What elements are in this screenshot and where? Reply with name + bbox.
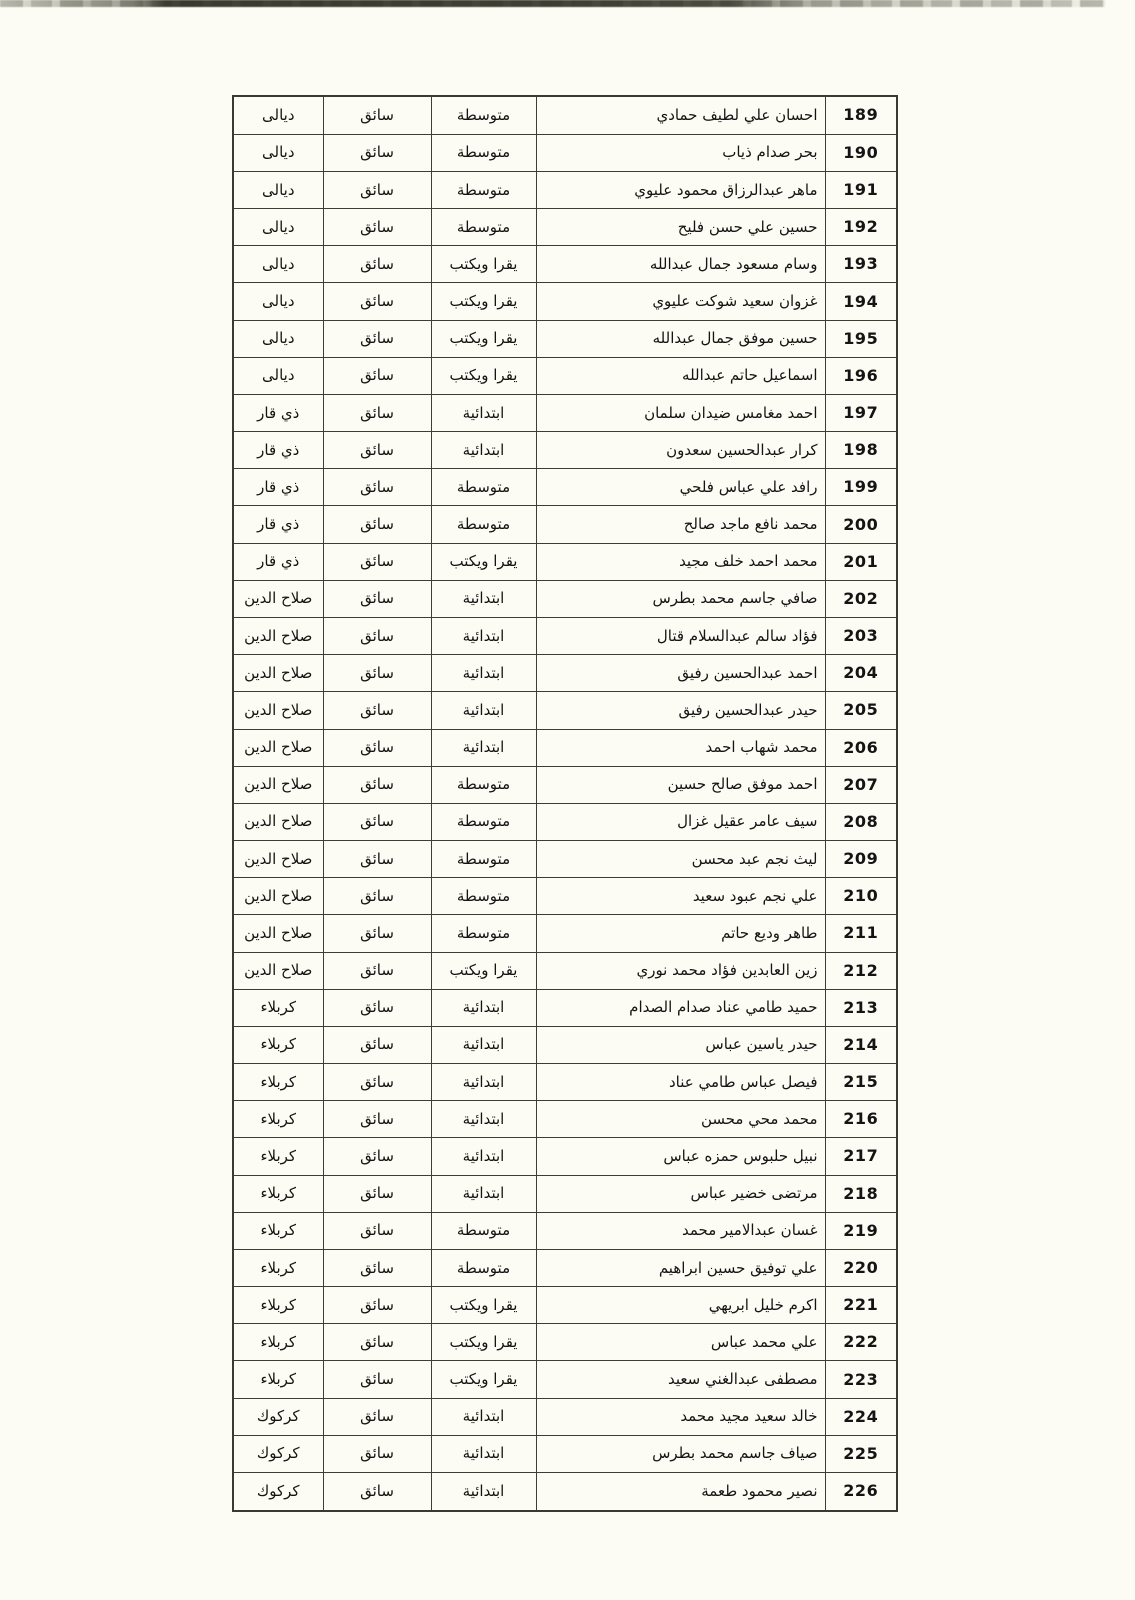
name-cell: نبيل حلبوس حمزه عباس: [536, 1138, 825, 1175]
occupation-cell: سائق: [323, 1026, 431, 1063]
governorate-cell: صلاح الدين: [233, 618, 323, 655]
education-cell: ابتدائية: [431, 989, 536, 1026]
governorate-cell: ديالى: [233, 209, 323, 246]
table-row: 200محمد نافع ماجد صالحمتوسطةسائقذي قار: [233, 506, 897, 543]
row-number-cell: 223: [825, 1361, 897, 1398]
table-row: 192حسين علي حسن فليحمتوسطةسائقديالى: [233, 209, 897, 246]
governorate-cell: كربلاء: [233, 1138, 323, 1175]
occupation-cell: سائق: [323, 618, 431, 655]
education-cell: يقرا ويكتب: [431, 1287, 536, 1324]
governorate-cell: ديالى: [233, 171, 323, 208]
table-row: 204احمد عبدالحسين رفيقابتدائيةسائقصلاح ا…: [233, 655, 897, 692]
governorate-cell: كركوك: [233, 1472, 323, 1511]
name-cell: سيف عامر عقيل غزال: [536, 803, 825, 840]
row-number-cell: 198: [825, 432, 897, 469]
governorate-cell: كركوك: [233, 1435, 323, 1472]
name-cell: حيدر عبدالحسين رفيق: [536, 692, 825, 729]
row-number-cell: 206: [825, 729, 897, 766]
name-cell: مصطفى عبدالغني سعيد: [536, 1361, 825, 1398]
table-row: 205حيدر عبدالحسين رفيقابتدائيةسائقصلاح ا…: [233, 692, 897, 729]
table-body: 189احسان علي لطيف حماديمتوسطةسائقديالى19…: [233, 96, 897, 1511]
occupation-cell: سائق: [323, 915, 431, 952]
name-cell: محمد نافع ماجد صالح: [536, 506, 825, 543]
name-cell: محمد شهاب احمد: [536, 729, 825, 766]
row-number-cell: 203: [825, 618, 897, 655]
table-row: 210علي نجم عبود سعيدمتوسطةسائقصلاح الدين: [233, 878, 897, 915]
row-number-cell: 215: [825, 1064, 897, 1101]
occupation-cell: سائق: [323, 580, 431, 617]
table-row: 208سيف عامر عقيل غزالمتوسطةسائقصلاح الدي…: [233, 803, 897, 840]
table-row: 224خالد سعيد مجيد محمدابتدائيةسائقكركوك: [233, 1398, 897, 1435]
governorate-cell: ديالى: [233, 134, 323, 171]
governorate-cell: كربلاء: [233, 1287, 323, 1324]
education-cell: ابتدائية: [431, 655, 536, 692]
table-row: 201محمد احمد خلف مجيديقرا ويكتبسائقذي قا…: [233, 543, 897, 580]
education-cell: متوسطة: [431, 134, 536, 171]
governorate-cell: كربلاء: [233, 1249, 323, 1286]
education-cell: متوسطة: [431, 96, 536, 134]
name-cell: طاهر وديع حاتم: [536, 915, 825, 952]
education-cell: يقرا ويكتب: [431, 543, 536, 580]
row-number-cell: 196: [825, 357, 897, 394]
table-row: 195حسين موفق جمال عبداللهيقرا ويكتبسائقد…: [233, 320, 897, 357]
table-row: 198كرار عبدالحسين سعدونابتدائيةسائقذي قا…: [233, 432, 897, 469]
education-cell: متوسطة: [431, 171, 536, 208]
education-cell: متوسطة: [431, 878, 536, 915]
row-number-cell: 226: [825, 1472, 897, 1511]
occupation-cell: سائق: [323, 543, 431, 580]
table-row: 222علي محمد عباسيقرا ويكتبسائقكربلاء: [233, 1324, 897, 1361]
occupation-cell: سائق: [323, 506, 431, 543]
education-cell: يقرا ويكتب: [431, 357, 536, 394]
occupation-cell: سائق: [323, 841, 431, 878]
row-number-cell: 221: [825, 1287, 897, 1324]
governorate-cell: صلاح الدين: [233, 580, 323, 617]
name-cell: وسام مسعود جمال عبدالله: [536, 246, 825, 283]
row-number-cell: 194: [825, 283, 897, 320]
education-cell: يقرا ويكتب: [431, 952, 536, 989]
occupation-cell: سائق: [323, 729, 431, 766]
occupation-cell: سائق: [323, 357, 431, 394]
row-number-cell: 205: [825, 692, 897, 729]
table-row: 202صافي جاسم محمد بطرسابتدائيةسائقصلاح ا…: [233, 580, 897, 617]
row-number-cell: 218: [825, 1175, 897, 1212]
governorate-cell: كربلاء: [233, 1026, 323, 1063]
row-number-cell: 216: [825, 1101, 897, 1138]
education-cell: ابتدائية: [431, 1435, 536, 1472]
table-row: 218مرتضى خضير عباسابتدائيةسائقكربلاء: [233, 1175, 897, 1212]
name-cell: كرار عبدالحسين سعدون: [536, 432, 825, 469]
education-cell: متوسطة: [431, 469, 536, 506]
education-cell: متوسطة: [431, 506, 536, 543]
education-cell: يقرا ويكتب: [431, 283, 536, 320]
row-number-cell: 202: [825, 580, 897, 617]
table-row: 193وسام مسعود جمال عبداللهيقرا ويكتبسائق…: [233, 246, 897, 283]
occupation-cell: سائق: [323, 655, 431, 692]
name-cell: اكرم خليل ابريهي: [536, 1287, 825, 1324]
occupation-cell: سائق: [323, 692, 431, 729]
education-cell: يقرا ويكتب: [431, 246, 536, 283]
occupation-cell: سائق: [323, 320, 431, 357]
name-cell: علي نجم عبود سعيد: [536, 878, 825, 915]
education-cell: ابتدائية: [431, 580, 536, 617]
education-cell: ابتدائية: [431, 1026, 536, 1063]
governorate-cell: صلاح الدين: [233, 803, 323, 840]
occupation-cell: سائق: [323, 283, 431, 320]
occupation-cell: سائق: [323, 1361, 431, 1398]
governorate-cell: صلاح الدين: [233, 655, 323, 692]
name-cell: خالد سعيد مجيد محمد: [536, 1398, 825, 1435]
education-cell: متوسطة: [431, 1212, 536, 1249]
row-number-cell: 190: [825, 134, 897, 171]
name-cell: ماهر عبدالرزاق محمود عليوي: [536, 171, 825, 208]
row-number-cell: 195: [825, 320, 897, 357]
governorate-cell: كربلاء: [233, 1175, 323, 1212]
table-row: 191ماهر عبدالرزاق محمود عليويمتوسطةسائقد…: [233, 171, 897, 208]
name-cell: غسان عبدالامير محمد: [536, 1212, 825, 1249]
name-cell: محمد احمد خلف مجيد: [536, 543, 825, 580]
row-number-cell: 213: [825, 989, 897, 1026]
row-number-cell: 199: [825, 469, 897, 506]
name-cell: نصير محمود طعمة: [536, 1472, 825, 1511]
row-number-cell: 224: [825, 1398, 897, 1435]
name-cell: احمد موفق صالح حسين: [536, 766, 825, 803]
row-number-cell: 207: [825, 766, 897, 803]
name-cell: حميد طامي عناد صدام الصدام: [536, 989, 825, 1026]
education-cell: ابتدائية: [431, 394, 536, 431]
row-number-cell: 212: [825, 952, 897, 989]
governorate-cell: كركوك: [233, 1398, 323, 1435]
table-row: 215فيصل عباس طامي عنادابتدائيةسائقكربلاء: [233, 1064, 897, 1101]
row-number-cell: 222: [825, 1324, 897, 1361]
governorate-cell: ذي قار: [233, 394, 323, 431]
personnel-list-table: 189احسان علي لطيف حماديمتوسطةسائقديالى19…: [232, 95, 898, 1512]
education-cell: يقرا ويكتب: [431, 1324, 536, 1361]
row-number-cell: 219: [825, 1212, 897, 1249]
governorate-cell: ذي قار: [233, 543, 323, 580]
name-cell: محمد محي محسن: [536, 1101, 825, 1138]
governorate-cell: كربلاء: [233, 1212, 323, 1249]
governorate-cell: كربلاء: [233, 1064, 323, 1101]
scan-artifact-top-edge: [0, 0, 1105, 7]
name-cell: حيدر ياسين عباس: [536, 1026, 825, 1063]
table-row: 203فؤاد سالم عبدالسلام قتالابتدائيةسائقص…: [233, 618, 897, 655]
governorate-cell: كربلاء: [233, 1361, 323, 1398]
name-cell: حسين علي حسن فليح: [536, 209, 825, 246]
occupation-cell: سائق: [323, 171, 431, 208]
row-number-cell: 193: [825, 246, 897, 283]
occupation-cell: سائق: [323, 1064, 431, 1101]
governorate-cell: ديالى: [233, 96, 323, 134]
name-cell: فيصل عباس طامي عناد: [536, 1064, 825, 1101]
table-row: 221اكرم خليل ابريهييقرا ويكتبسائقكربلاء: [233, 1287, 897, 1324]
table-row: 194غزوان سعيد شوكت عليوييقرا ويكتبسائقدي…: [233, 283, 897, 320]
name-cell: علي توفيق حسين ابراهيم: [536, 1249, 825, 1286]
name-cell: صافي جاسم محمد بطرس: [536, 580, 825, 617]
table-row: 207احمد موفق صالح حسينمتوسطةسائقصلاح الد…: [233, 766, 897, 803]
name-cell: غزوان سعيد شوكت عليوي: [536, 283, 825, 320]
governorate-cell: كربلاء: [233, 1101, 323, 1138]
table-row: 223مصطفى عبدالغني سعيديقرا ويكتبسائقكربل…: [233, 1361, 897, 1398]
governorate-cell: ديالى: [233, 357, 323, 394]
education-cell: ابتدائية: [431, 1472, 536, 1511]
name-cell: حسين موفق جمال عبدالله: [536, 320, 825, 357]
governorate-cell: صلاح الدين: [233, 729, 323, 766]
name-cell: رافد علي عباس فلحي: [536, 469, 825, 506]
row-number-cell: 201: [825, 543, 897, 580]
table-row: 206محمد شهاب احمدابتدائيةسائقصلاح الدين: [233, 729, 897, 766]
governorate-cell: ديالى: [233, 320, 323, 357]
education-cell: ابتدائية: [431, 618, 536, 655]
governorate-cell: صلاح الدين: [233, 952, 323, 989]
occupation-cell: سائق: [323, 952, 431, 989]
education-cell: ابتدائية: [431, 1138, 536, 1175]
table-row: 211طاهر وديع حاتممتوسطةسائقصلاح الدين: [233, 915, 897, 952]
occupation-cell: سائق: [323, 1398, 431, 1435]
name-cell: احسان علي لطيف حمادي: [536, 96, 825, 134]
governorate-cell: ديالى: [233, 246, 323, 283]
education-cell: ابتدائية: [431, 1175, 536, 1212]
row-number-cell: 191: [825, 171, 897, 208]
governorate-cell: كربلاء: [233, 989, 323, 1026]
name-cell: زين العابدين فؤاد محمد نوري: [536, 952, 825, 989]
occupation-cell: سائق: [323, 803, 431, 840]
row-number-cell: 197: [825, 394, 897, 431]
occupation-cell: سائق: [323, 209, 431, 246]
table-row: 199رافد علي عباس فلحيمتوسطةسائقذي قار: [233, 469, 897, 506]
row-number-cell: 204: [825, 655, 897, 692]
occupation-cell: سائق: [323, 1249, 431, 1286]
table-row: 212زين العابدين فؤاد محمد نورييقرا ويكتب…: [233, 952, 897, 989]
row-number-cell: 225: [825, 1435, 897, 1472]
education-cell: يقرا ويكتب: [431, 1361, 536, 1398]
occupation-cell: سائق: [323, 1138, 431, 1175]
occupation-cell: سائق: [323, 1212, 431, 1249]
table-row: 189احسان علي لطيف حماديمتوسطةسائقديالى: [233, 96, 897, 134]
education-cell: ابتدائية: [431, 432, 536, 469]
table-row: 197احمد مغامس ضيدان سلمانابتدائيةسائقذي …: [233, 394, 897, 431]
education-cell: ابتدائية: [431, 1101, 536, 1138]
occupation-cell: سائق: [323, 1435, 431, 1472]
row-number-cell: 220: [825, 1249, 897, 1286]
governorate-cell: صلاح الدين: [233, 915, 323, 952]
occupation-cell: سائق: [323, 1472, 431, 1511]
occupation-cell: سائق: [323, 1324, 431, 1361]
name-cell: احمد مغامس ضيدان سلمان: [536, 394, 825, 431]
row-number-cell: 209: [825, 841, 897, 878]
education-cell: متوسطة: [431, 1249, 536, 1286]
name-cell: احمد عبدالحسين رفيق: [536, 655, 825, 692]
occupation-cell: سائق: [323, 432, 431, 469]
education-cell: ابتدائية: [431, 729, 536, 766]
education-cell: متوسطة: [431, 915, 536, 952]
name-cell: صياف جاسم محمد بطرس: [536, 1435, 825, 1472]
occupation-cell: سائق: [323, 878, 431, 915]
name-cell: علي محمد عباس: [536, 1324, 825, 1361]
table-row: 216محمد محي محسنابتدائيةسائقكربلاء: [233, 1101, 897, 1138]
governorate-cell: كربلاء: [233, 1324, 323, 1361]
table-row: 190بحر صدام ذيابمتوسطةسائقديالى: [233, 134, 897, 171]
table-row: 209ليث نجم عبد محسنمتوسطةسائقصلاح الدين: [233, 841, 897, 878]
row-number-cell: 211: [825, 915, 897, 952]
governorate-cell: صلاح الدين: [233, 692, 323, 729]
name-cell: بحر صدام ذياب: [536, 134, 825, 171]
table-row: 225صياف جاسم محمد بطرسابتدائيةسائقكركوك: [233, 1435, 897, 1472]
table-row: 214حيدر ياسين عباسابتدائيةسائقكربلاء: [233, 1026, 897, 1063]
occupation-cell: سائق: [323, 1287, 431, 1324]
education-cell: متوسطة: [431, 803, 536, 840]
table-row: 219غسان عبدالامير محمدمتوسطةسائقكربلاء: [233, 1212, 897, 1249]
governorate-cell: صلاح الدين: [233, 841, 323, 878]
occupation-cell: سائق: [323, 766, 431, 803]
row-number-cell: 210: [825, 878, 897, 915]
occupation-cell: سائق: [323, 469, 431, 506]
education-cell: ابتدائية: [431, 1064, 536, 1101]
occupation-cell: سائق: [323, 96, 431, 134]
row-number-cell: 200: [825, 506, 897, 543]
table-row: 196اسماعيل حاتم عبداللهيقرا ويكتبسائقديا…: [233, 357, 897, 394]
education-cell: متوسطة: [431, 841, 536, 878]
governorate-cell: ذي قار: [233, 469, 323, 506]
occupation-cell: سائق: [323, 989, 431, 1026]
education-cell: متوسطة: [431, 209, 536, 246]
occupation-cell: سائق: [323, 246, 431, 283]
row-number-cell: 192: [825, 209, 897, 246]
row-number-cell: 208: [825, 803, 897, 840]
governorate-cell: ديالى: [233, 283, 323, 320]
governorate-cell: ذي قار: [233, 432, 323, 469]
education-cell: يقرا ويكتب: [431, 320, 536, 357]
table-row: 217نبيل حلبوس حمزه عباسابتدائيةسائقكربلا…: [233, 1138, 897, 1175]
occupation-cell: سائق: [323, 134, 431, 171]
row-number-cell: 217: [825, 1138, 897, 1175]
name-cell: مرتضى خضير عباس: [536, 1175, 825, 1212]
table-row: 213حميد طامي عناد صدام الصدامابتدائيةسائ…: [233, 989, 897, 1026]
governorate-cell: ذي قار: [233, 506, 323, 543]
name-cell: ليث نجم عبد محسن: [536, 841, 825, 878]
governorate-cell: صلاح الدين: [233, 766, 323, 803]
table-row: 220علي توفيق حسين ابراهيممتوسطةسائقكربلا…: [233, 1249, 897, 1286]
row-number-cell: 189: [825, 96, 897, 134]
occupation-cell: سائق: [323, 1175, 431, 1212]
occupation-cell: سائق: [323, 394, 431, 431]
education-cell: ابتدائية: [431, 1398, 536, 1435]
education-cell: ابتدائية: [431, 692, 536, 729]
occupation-cell: سائق: [323, 1101, 431, 1138]
education-cell: متوسطة: [431, 766, 536, 803]
name-cell: فؤاد سالم عبدالسلام قتال: [536, 618, 825, 655]
governorate-cell: صلاح الدين: [233, 878, 323, 915]
row-number-cell: 214: [825, 1026, 897, 1063]
table-row: 226نصير محمود طعمةابتدائيةسائقكركوك: [233, 1472, 897, 1511]
name-cell: اسماعيل حاتم عبدالله: [536, 357, 825, 394]
